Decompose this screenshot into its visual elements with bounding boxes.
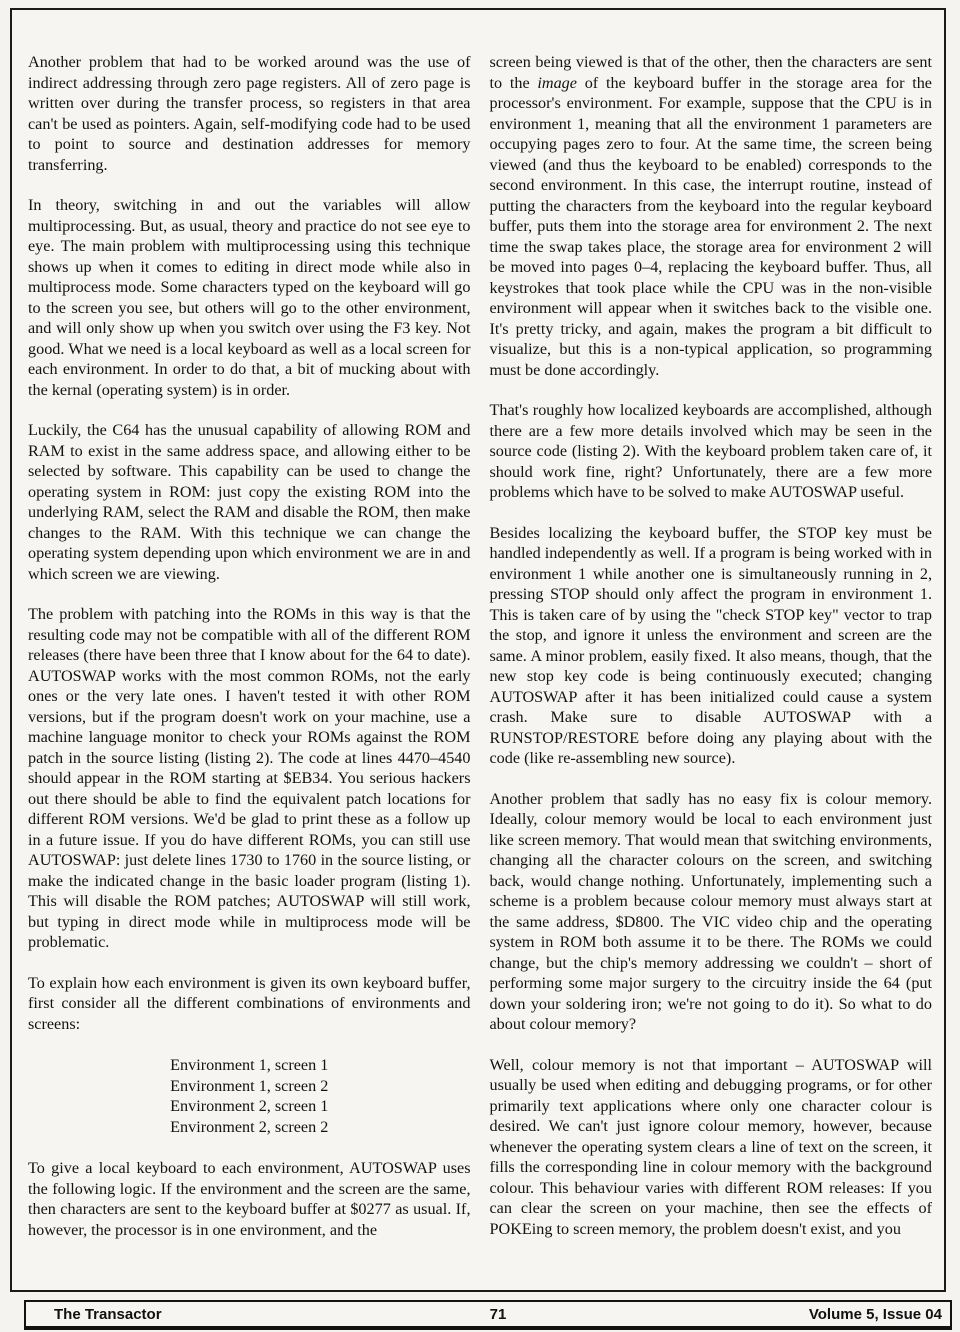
- right-column: screen being viewed is that of the other…: [490, 52, 933, 1240]
- paragraph: Luckily, the C64 has the unusual capabil…: [28, 420, 471, 584]
- environment-combination: Environment 1, screen 2: [28, 1076, 471, 1097]
- paragraph: Another problem that sadly has no easy f…: [490, 789, 933, 1035]
- article-content-box: Another problem that had to be worked ar…: [10, 8, 946, 1292]
- italic-word: image: [537, 74, 577, 92]
- footer-publication-name: The Transactor: [26, 1306, 490, 1323]
- paragraph: Another problem that had to be worked ar…: [28, 52, 471, 175]
- left-column: Another problem that had to be worked ar…: [28, 52, 471, 1240]
- paragraph: That's roughly how localized keyboards a…: [490, 400, 933, 503]
- environment-combination: Environment 2, screen 2: [28, 1117, 471, 1138]
- paragraph: To explain how each environment is given…: [28, 973, 471, 1035]
- footer-page-number: 71: [490, 1306, 507, 1323]
- paragraph: The problem with patching into the ROMs …: [28, 604, 471, 953]
- footer-bar: The Transactor 71 Volume 5, Issue 04: [24, 1300, 952, 1330]
- paragraph: Well, colour memory is not that importan…: [490, 1055, 933, 1240]
- environment-combination: Environment 1, screen 1: [28, 1055, 471, 1076]
- environment-combination: Environment 2, screen 1: [28, 1096, 471, 1117]
- magazine-page: Another problem that had to be worked ar…: [0, 0, 960, 1332]
- text-segment: of the keyboard buffer in the storage ar…: [490, 74, 933, 379]
- two-column-layout: Another problem that had to be worked ar…: [12, 10, 944, 1240]
- footer-issue-label: Volume 5, Issue 04: [506, 1306, 950, 1323]
- paragraph: In theory, switching in and out the vari…: [28, 195, 471, 400]
- environment-combinations-list: Environment 1, screen 1 Environment 1, s…: [28, 1055, 471, 1137]
- paragraph-continued: screen being viewed is that of the other…: [490, 52, 933, 380]
- paragraph: Besides localizing the keyboard buffer, …: [490, 523, 933, 769]
- paragraph: To give a local keyboard to each environ…: [28, 1158, 471, 1240]
